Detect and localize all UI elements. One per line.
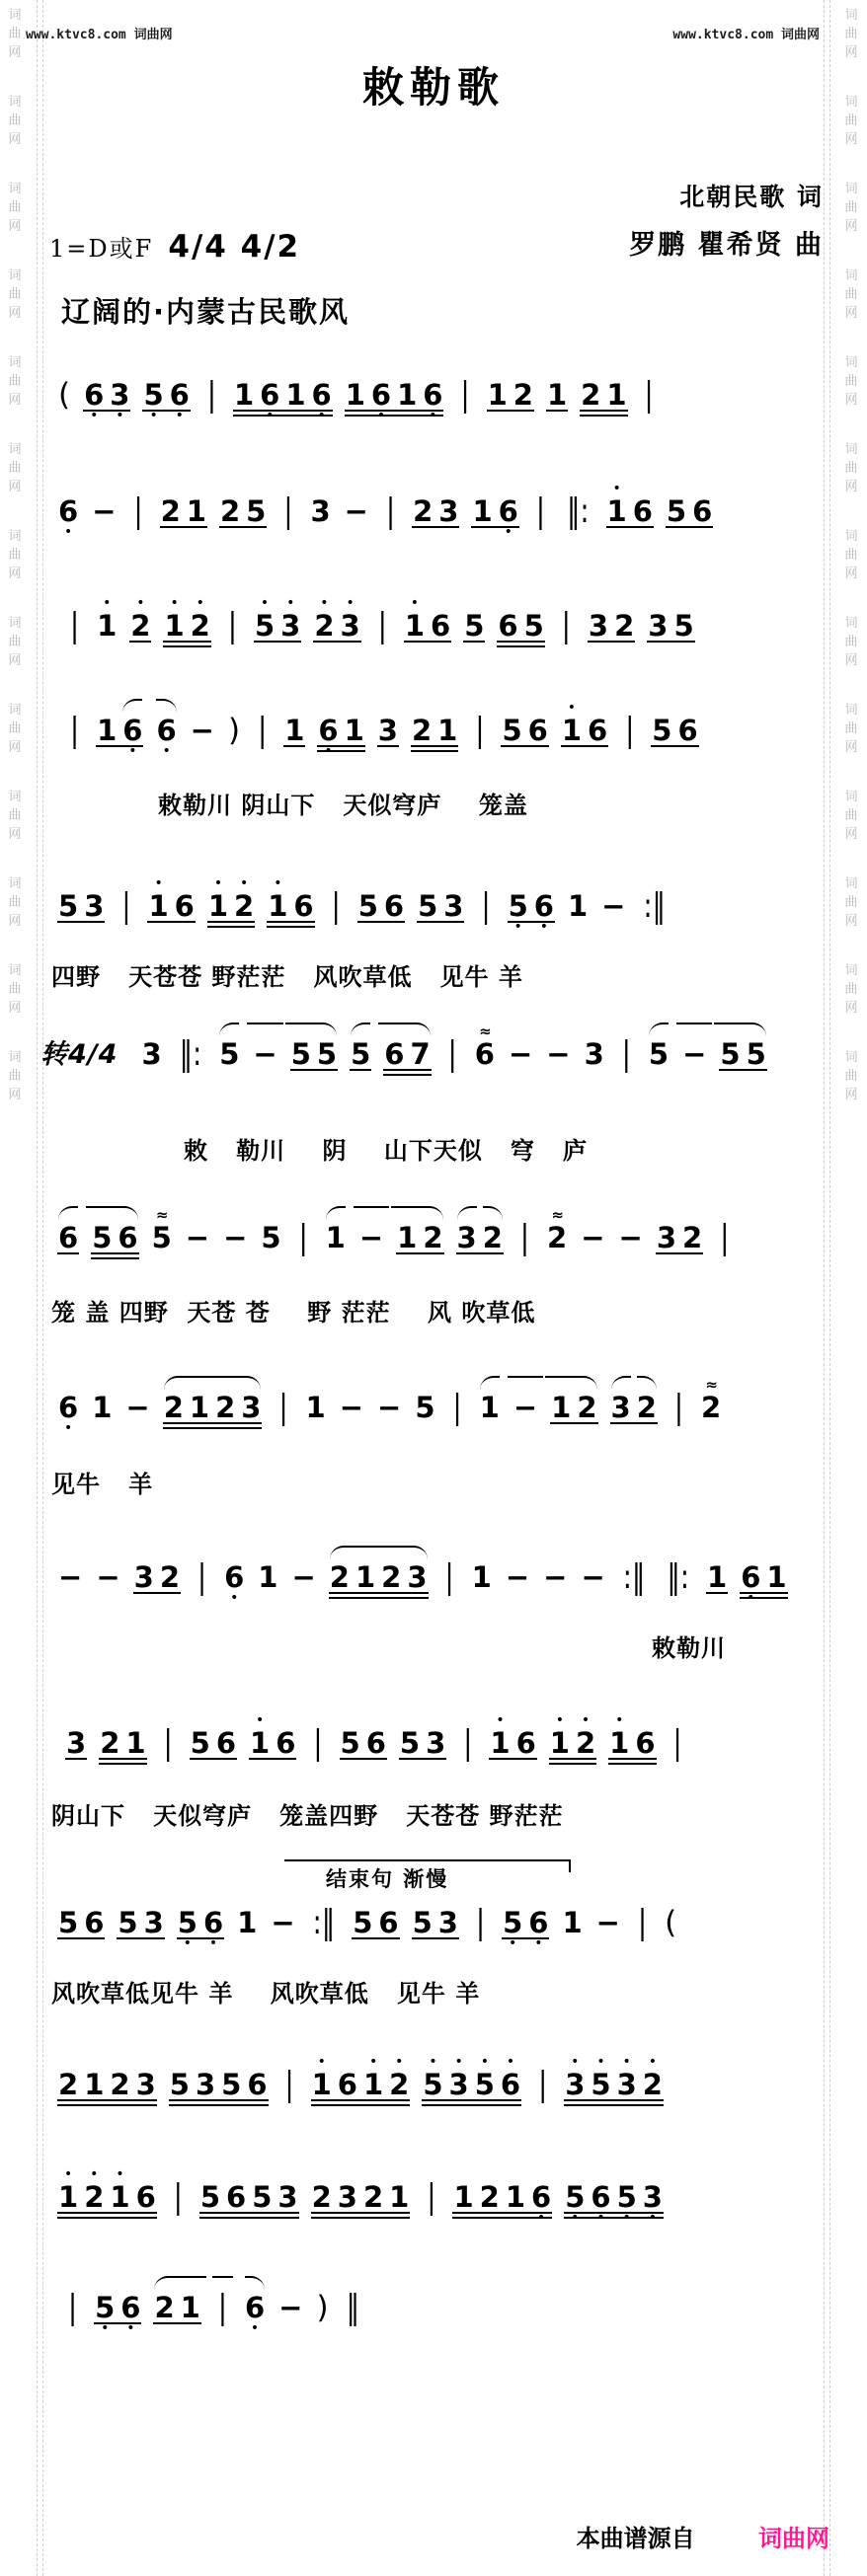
note-group: |: [276, 482, 299, 542]
note-group: −: [183, 1208, 212, 1268]
watermark-text: 词曲网: [842, 183, 860, 234]
note: 5: [58, 876, 78, 937]
composer-credit: 罗鹏 瞿希贤 曲: [629, 223, 824, 262]
note: 2: [637, 1376, 657, 1438]
note-group: 1: [303, 1378, 329, 1438]
watermark-left: 词曲网词曲网词曲网词曲网词曲网词曲网词曲网词曲网词曲网词曲网词曲网词曲网词曲网: [6, 4, 24, 1138]
barline: |: [536, 482, 545, 542]
watermark-text: 词曲网: [6, 964, 24, 1016]
note-group: 1: [704, 1548, 730, 1608]
footer-brand-link[interactable]: 词曲网: [758, 2525, 829, 2552]
lyrics-line: 敕勒川: [652, 1629, 726, 1663]
note-group: 6: [55, 1378, 81, 1438]
note-group: 5653: [197, 2167, 301, 2228]
note-group: |: [618, 701, 641, 761]
score-page: 词曲网词曲网词曲网词曲网词曲网词曲网词曲网词曲网词曲网词曲网词曲网词曲网词曲网 …: [0, 0, 867, 2576]
note-group: 6: [153, 699, 179, 761]
note: 6: [633, 482, 653, 542]
note-group: |: [191, 1548, 213, 1608]
barline: |: [283, 482, 292, 542]
note-group: −: [89, 482, 118, 542]
barline: ‖:: [667, 1548, 689, 1608]
barline: |: [427, 2167, 435, 2228]
note: 5: [502, 701, 521, 761]
note: 2: [58, 2055, 78, 2115]
note-group: −: [288, 1548, 318, 1608]
note-group: 1216: [450, 2167, 554, 2228]
note: 3: [565, 2055, 585, 2115]
note: 2: [483, 1206, 503, 1268]
note: 6: [371, 365, 391, 425]
note: 1: [345, 701, 364, 761]
note: 6: [528, 1893, 548, 1953]
note: −: [546, 1024, 570, 1085]
barline: |: [475, 701, 484, 761]
note: 6: [384, 1023, 404, 1085]
note-group: |: [420, 2167, 442, 2228]
note: −: [596, 1893, 620, 1953]
note: 1: [164, 596, 184, 656]
note: 5: [261, 1208, 280, 1268]
note: 1: [234, 365, 254, 425]
note-group: 3: [375, 701, 401, 761]
note: 3: [196, 2055, 215, 2115]
note-group: 56: [55, 1893, 107, 1953]
note-group: :‖: [306, 1893, 343, 1953]
note: 5: [464, 596, 484, 656]
note: 1: [480, 1376, 500, 1438]
note: 6: [224, 1548, 244, 1608]
note-group: |: [513, 1208, 536, 1268]
note: −: [186, 1208, 209, 1268]
note-group: 1612: [309, 2055, 413, 2115]
footer: 本曲谱源自 词曲网: [577, 2519, 829, 2553]
note: 5: [565, 2167, 585, 2228]
note: 3: [310, 482, 330, 542]
note-group: 2123: [327, 1546, 431, 1608]
note-group: 21: [409, 701, 460, 761]
note-group: 12: [485, 365, 536, 425]
note-group: |: [456, 1713, 479, 1774]
barline: |: [68, 2278, 77, 2338]
note: 3: [611, 1376, 631, 1438]
note: 5: [509, 876, 528, 937]
note-group: |: [531, 2055, 554, 2115]
note-group: 21: [578, 365, 629, 425]
note-group: 56: [92, 2278, 143, 2338]
note-group: 5: [216, 1023, 242, 1085]
note-group: |: [631, 1893, 654, 1953]
note-group: |: [468, 701, 491, 761]
note: 2: [547, 1208, 567, 1268]
note: 5: [152, 1208, 172, 1268]
barline: |: [476, 1893, 485, 1953]
note: 5: [720, 1023, 740, 1085]
note: 6: [293, 876, 313, 937]
barline: |: [625, 701, 634, 761]
note-group: −: [356, 1206, 386, 1268]
note-group: 12: [394, 1206, 445, 1268]
note: 5: [170, 2055, 190, 2115]
music-line: |1212|5323|16565|3235: [59, 596, 701, 656]
note: 1: [397, 1206, 417, 1268]
lyrics-line: 四野 天苍苍 野茫茫 风吹草低 见牛 羊: [51, 957, 523, 992]
note: 1: [97, 596, 117, 656]
note: 2: [110, 2055, 129, 2115]
note-group: |: [668, 1378, 690, 1438]
note: −: [581, 1208, 604, 1268]
note: 2: [423, 1206, 442, 1268]
note: −: [601, 876, 625, 937]
annotation-line: 结束句 渐慢: [326, 1859, 448, 1893]
note: 6: [534, 876, 554, 937]
note: 5: [317, 1023, 337, 1085]
music-line: 6−|2125|3−|2316|‖:1656: [51, 482, 719, 542]
note: 3: [277, 2167, 297, 2228]
barline: |: [174, 2167, 183, 2228]
note: 1: [110, 2167, 129, 2228]
note-group: 32: [654, 1208, 705, 1268]
note: 1: [562, 701, 582, 761]
note-group: 2321: [309, 2167, 413, 2228]
note-group: 32: [608, 1376, 660, 1438]
note: 6: [156, 699, 176, 761]
note-group: 16: [247, 1713, 298, 1774]
note-group: 21: [158, 482, 209, 542]
note: 3: [457, 1206, 477, 1268]
note-group: 53: [397, 1713, 448, 1774]
note: 5: [252, 2167, 272, 2228]
note-group: 1: [559, 1893, 585, 1953]
note: 1: [607, 482, 627, 542]
note: 2: [389, 2055, 409, 2115]
key-signature: 1=D或F: [49, 235, 153, 263]
note-group: 1216: [55, 2167, 159, 2228]
watermark-text: 词曲网: [6, 1051, 24, 1102]
note: 3: [66, 1713, 86, 1774]
note-group: 56: [350, 1893, 401, 1953]
note: 1: [488, 365, 508, 425]
note-group: 1: [323, 1206, 349, 1268]
note: 5: [415, 1378, 434, 1438]
watermark-text: 词曲网: [6, 269, 24, 321]
note-group: 56: [188, 1713, 239, 1774]
note: 1: [472, 1548, 492, 1608]
music-line: 53|161216|5653|561−:‖: [51, 876, 676, 937]
note: 1: [258, 1548, 277, 1608]
note: 2: [480, 2167, 500, 2228]
music-line: 1216|56532321|12165653: [51, 2167, 670, 2228]
note: −: [191, 701, 214, 761]
note: −: [543, 1548, 567, 1608]
note: 1: [346, 365, 365, 425]
note-group: 1: [469, 1548, 495, 1608]
note: 5: [591, 2055, 610, 2115]
note: 3: [443, 876, 463, 937]
note-group: |: [306, 1713, 329, 1774]
note-group: −: [122, 1378, 152, 1438]
note: 1: [568, 876, 588, 937]
note: 1: [355, 1546, 375, 1608]
note-group: 5: [412, 1378, 437, 1438]
watermark-text: 词曲网: [842, 617, 860, 668]
note: 5: [667, 482, 686, 542]
note: 1: [250, 1713, 270, 1774]
note: 5: [351, 1023, 370, 1085]
note-group: 61: [738, 1548, 789, 1608]
note-group: 56: [499, 701, 550, 761]
barline: :‖: [643, 876, 666, 937]
watermark-text: 词曲网: [6, 443, 24, 494]
note: 6: [475, 1024, 495, 1085]
note: 1: [490, 1713, 510, 1774]
note-group: |: [325, 876, 348, 937]
barline: |: [207, 365, 216, 425]
note-group: 56: [140, 365, 192, 425]
note: 3: [136, 2055, 156, 2115]
note-group: |: [379, 482, 402, 542]
note-group: |: [371, 596, 394, 656]
note: 1: [285, 365, 305, 425]
note-group: 55: [717, 1023, 768, 1085]
note: 6: [247, 2055, 267, 2115]
note-group: |: [638, 365, 661, 425]
note-group: |: [157, 1713, 180, 1774]
note-group: −: [55, 1548, 85, 1608]
note: 2: [577, 1376, 596, 1438]
note-group: |: [446, 1378, 469, 1438]
note-group: 65: [495, 596, 546, 656]
note-group: −: [93, 1548, 122, 1608]
note: ): [228, 701, 240, 761]
header-url-left: www.ktvc8.com 词曲网: [26, 24, 173, 42]
note: 5: [353, 1893, 372, 1953]
note: −: [291, 1548, 315, 1608]
note-group: −: [616, 1208, 646, 1268]
note-group: |: [200, 365, 223, 425]
note-group: 55: [288, 1023, 340, 1085]
music-line: 转4/43‖:5−55567|6−−3|5−55: [34, 1023, 773, 1085]
note: 2: [643, 2055, 663, 2115]
barline: |: [134, 482, 143, 542]
note: 3: [280, 596, 300, 656]
note-group: |: [167, 2167, 190, 2228]
note: 2: [161, 482, 181, 542]
note: 2: [164, 1376, 184, 1438]
note: 3: [338, 2167, 357, 2228]
note-group: 16: [559, 701, 610, 761]
note-group: 16: [604, 482, 656, 542]
note-group: 1: [89, 1378, 115, 1438]
note: 5: [400, 1713, 420, 1774]
note-group: −: [540, 1548, 570, 1608]
barline: |: [622, 1024, 631, 1085]
note: 1: [506, 2167, 525, 2228]
note: 6: [84, 1893, 104, 1953]
style-note: 辽阔的·内蒙古民歌风: [61, 290, 350, 331]
barline: |: [386, 482, 395, 542]
note: 1: [181, 2276, 200, 2338]
note-group: |: [292, 1208, 315, 1268]
note: 5: [246, 482, 266, 542]
note-group: −: [578, 1208, 607, 1268]
note: 3: [449, 2055, 469, 2115]
note-group: 16: [265, 876, 316, 937]
note: 1: [766, 1548, 786, 1608]
note: 2: [84, 2167, 104, 2228]
header-url-right: www.ktvc8.com 词曲网: [672, 24, 820, 42]
note: 3: [426, 1713, 445, 1774]
note-group: 3532: [562, 2055, 666, 2115]
lyrics-line: 笼 盖 四野 天苍 苍 野 茫茫 风 吹草低: [51, 1293, 535, 1327]
barline: |: [638, 1893, 647, 1953]
note: 6: [338, 2055, 357, 2115]
note: 6: [58, 1378, 78, 1438]
note-group: |: [713, 1208, 736, 1268]
note-group: 12: [547, 1713, 598, 1774]
note: 5: [341, 1713, 360, 1774]
note: 5: [221, 2055, 241, 2115]
note: −: [581, 1548, 604, 1608]
note: 5: [219, 1023, 239, 1085]
note-group: 1: [234, 1893, 260, 1953]
note-group: 16: [606, 1713, 658, 1774]
note-group: 12: [548, 1376, 599, 1438]
note-group: |: [474, 876, 497, 937]
note-group: 56: [649, 701, 700, 761]
note: 3: [84, 876, 104, 937]
note: 2: [154, 2276, 174, 2338]
barline: |: [278, 1378, 287, 1438]
note: 6: [245, 2276, 265, 2338]
barline: |: [460, 365, 469, 425]
note: 3: [144, 1893, 164, 1953]
note-group: ‖:: [560, 482, 596, 542]
note: 5: [747, 1023, 766, 1085]
note-group: 63: [81, 365, 132, 425]
note: 2: [581, 365, 600, 425]
note: 2: [234, 876, 254, 937]
note: 3: [438, 482, 458, 542]
music-line: 21235356|16125356|3532: [51, 2055, 670, 2115]
note-group: 1: [255, 1548, 280, 1608]
note: 6: [591, 2167, 610, 2228]
note-group: 23: [311, 596, 362, 656]
note-group: 5: [258, 1208, 283, 1268]
note-group: 56: [175, 1893, 226, 1953]
note: 2: [413, 482, 433, 542]
note: 5: [255, 596, 275, 656]
note: 2: [363, 2167, 383, 2228]
note: 3: [241, 1376, 261, 1438]
note: −: [345, 482, 368, 542]
note: 6: [84, 365, 104, 425]
note: 1: [707, 1548, 727, 1608]
dashed-rail-right-inner: [824, 0, 825, 2576]
note-group: 5: [461, 596, 487, 656]
note-group: 2123: [161, 1376, 265, 1438]
watermark-text: 词曲网: [6, 356, 24, 408]
note: 5: [418, 876, 437, 937]
barline: ‖:: [567, 482, 590, 542]
note-group: |: [469, 1893, 492, 1953]
note: 6: [588, 701, 607, 761]
barline: |: [258, 701, 267, 761]
note: −: [96, 1548, 119, 1608]
barline: |: [332, 876, 341, 937]
watermark-text: 词曲网: [6, 530, 24, 581]
note-group: |: [115, 876, 137, 937]
note: 2: [312, 2167, 332, 2228]
note: −: [513, 1376, 537, 1438]
barline: |: [448, 1024, 457, 1085]
note: 2: [513, 365, 533, 425]
note: 7: [410, 1023, 430, 1085]
note-group: 32: [454, 1206, 506, 1268]
note: 5: [524, 596, 544, 656]
note-group: |: [441, 1024, 464, 1085]
note-group: 5: [348, 1023, 373, 1085]
note-group: −: [342, 482, 371, 542]
note-group: :‖: [636, 876, 672, 937]
note-group: 6: [221, 1548, 247, 1608]
note-group: 56: [664, 482, 715, 542]
note: 1: [190, 1376, 209, 1438]
note: 6: [216, 1713, 236, 1774]
note: 5: [178, 1893, 197, 1953]
note-group: 5: [646, 1023, 671, 1085]
note: 3: [378, 701, 398, 761]
note: 6: [122, 699, 142, 761]
lyrics-line: 风吹草低见牛 羊 风吹草低 见牛 羊: [51, 1974, 480, 2008]
note: 6: [226, 2167, 246, 2228]
barline: |: [538, 2055, 547, 2115]
note-group: 1: [477, 1376, 503, 1438]
lyricist-credit: 北朝民歌 词: [679, 178, 824, 213]
barline: |: [299, 1208, 308, 1268]
note: −: [359, 1206, 383, 1268]
note: 3: [617, 2055, 637, 2115]
note-group: |: [615, 1024, 638, 1085]
note-group: 3: [582, 1024, 607, 1085]
music-line: (6356|16161616|12121|: [51, 365, 665, 425]
note-group: −: [598, 876, 628, 937]
note-group: −: [679, 1023, 709, 1085]
note: 6: [318, 701, 338, 761]
note: 6: [118, 1206, 137, 1268]
note-group: |: [272, 1378, 294, 1438]
note: −: [506, 1548, 529, 1608]
note: −: [125, 1378, 149, 1438]
note-group: −: [593, 1893, 623, 1953]
note: 3: [141, 1024, 161, 1085]
watermark-text: 词曲网: [842, 791, 860, 842]
note-group: 6: [472, 1024, 498, 1085]
barline: ‖: [347, 2278, 360, 2338]
note-group: −: [220, 1208, 250, 1268]
note-group: 2: [544, 1208, 570, 1268]
note: 5: [423, 2055, 442, 2115]
note: 5: [118, 1893, 137, 1953]
note-group: 53: [252, 596, 303, 656]
barline: |: [520, 1208, 529, 1268]
note: 1: [609, 1713, 629, 1774]
note: 1: [562, 1893, 582, 1953]
note-group: 67: [381, 1023, 433, 1085]
note-group: 56: [500, 1893, 551, 1953]
note: 2: [412, 701, 432, 761]
note: −: [278, 2278, 302, 2338]
